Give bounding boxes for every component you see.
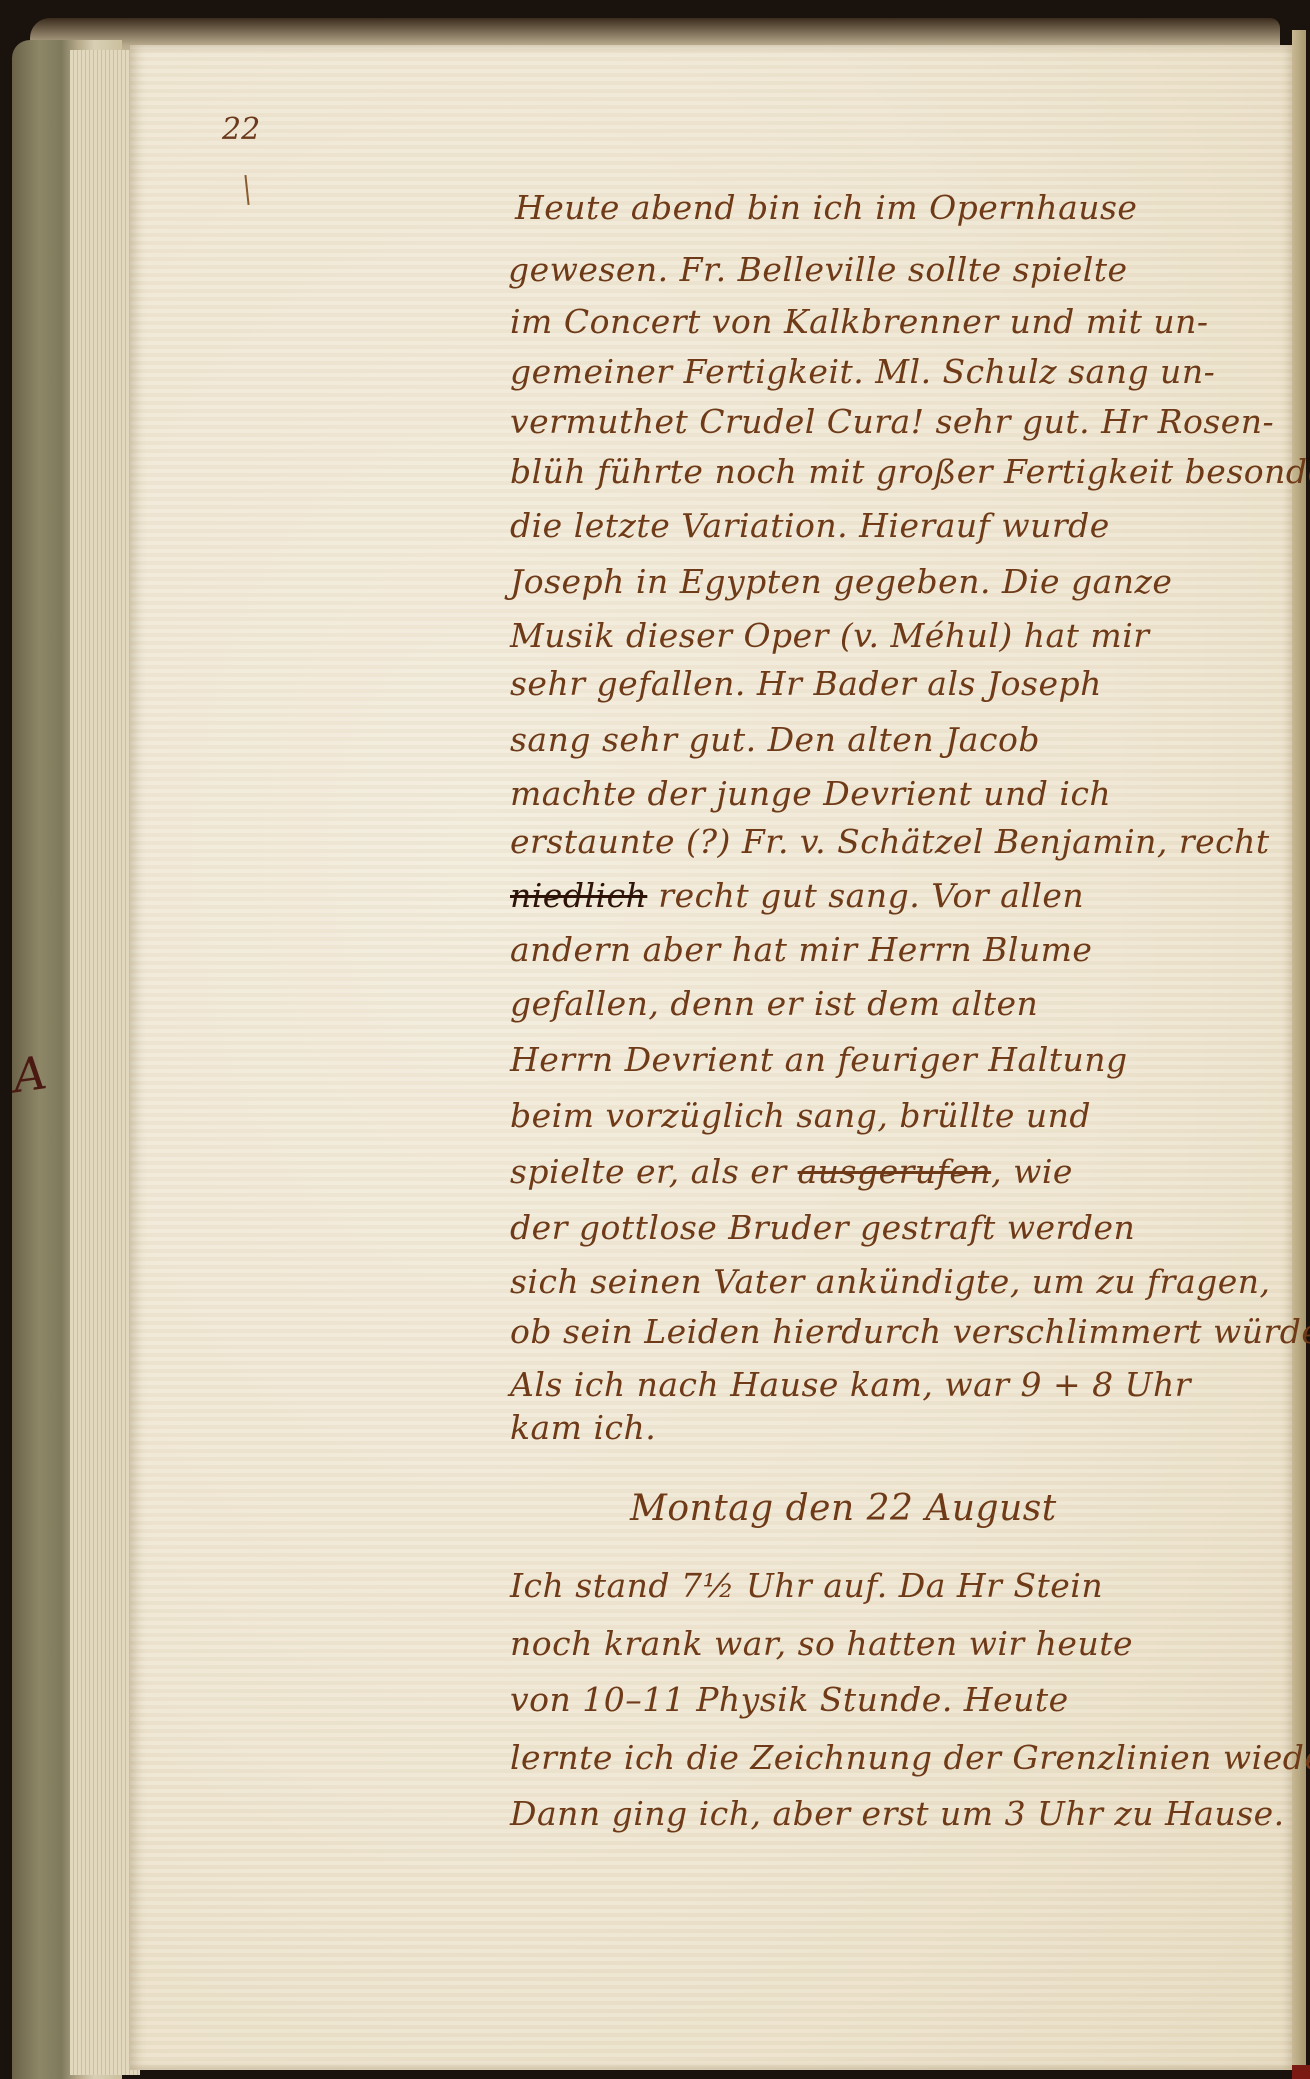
manuscript-line: andern aber hat mir Herrn Blume — [510, 930, 1092, 969]
manuscript-line: Herrn Devrient an feuriger Haltung — [510, 1040, 1128, 1079]
manuscript-line: im Concert von Kalkbrenner und mit un- — [510, 302, 1208, 341]
manuscript-line: ob sein Leiden hierdurch verschlimmert w… — [510, 1312, 1310, 1351]
manuscript-line: beim vorzüglich sang, brüllte und — [510, 1096, 1091, 1135]
struck-through-word: niedlich — [510, 876, 647, 915]
page-number: 22 — [222, 112, 260, 147]
struck-through-word: ausgerufen — [798, 1152, 992, 1191]
margin-mark: A — [10, 1047, 68, 1113]
manuscript-line: der gottlose Bruder gestraft werden — [510, 1208, 1135, 1247]
manuscript-line: machte der junge Devrient und ich — [510, 774, 1111, 813]
manuscript-line: von 10–11 Physik Stunde. Heute — [510, 1680, 1069, 1719]
manuscript-line: gemeiner Fertigkeit. Ml. Schulz sang un- — [510, 352, 1215, 391]
manuscript-line: erstaunte (?) Fr. v. Schätzel Benjamin, … — [510, 822, 1270, 861]
manuscript-line: niedlich recht gut sang. Vor allen — [510, 876, 1084, 915]
manuscript-line: die letzte Variation. Hierauf wurde — [510, 506, 1110, 545]
manuscript-line: sich seinen Vater ankündigte, um zu frag… — [510, 1262, 1271, 1301]
manuscript-line: lernte ich die Zeichnung der Grenzlinien… — [510, 1738, 1310, 1777]
manuscript-line: noch krank war, so hatten wir heute — [510, 1624, 1133, 1663]
manuscript-line: kam ich. — [510, 1408, 656, 1447]
manuscript-line: Joseph in Egypten gegeben. Die ganze — [510, 562, 1172, 601]
manuscript-line: Heute abend bin ich im Opernhause — [515, 188, 1137, 227]
manuscript-line: gewesen. Fr. Belleville sollte spielte — [508, 250, 1128, 289]
manuscript-line: blüh führte noch mit großer Fertigkeit b… — [510, 452, 1310, 491]
manuscript-line: sehr gefallen. Hr Bader als Joseph — [510, 664, 1102, 703]
manuscript-line: Als ich nach Hause kam, war 9 + 8 Uhr — [510, 1365, 1191, 1404]
manuscript-line: Dann ging ich, aber erst um 3 Uhr zu Hau… — [510, 1794, 1285, 1833]
manuscript-line: gefallen, denn er ist dem alten — [510, 984, 1038, 1023]
manuscript-line: spielte er, als er ausgerufen, wie — [510, 1152, 1073, 1191]
red-background-strip — [1292, 2065, 1310, 2079]
entry-date-heading: Montag den 22 August — [630, 1488, 1057, 1529]
manuscript-line: Musik dieser Oper (v. Méhul) hat mir — [510, 616, 1150, 655]
manuscript-line: sang sehr gut. Den alten Jacob — [510, 720, 1040, 759]
manuscript-line: Ich stand 7½ Uhr auf. Da Hr Stein — [510, 1566, 1103, 1605]
manuscript-line: vermuthet Crudel Cura! sehr gut. Hr Rose… — [510, 402, 1274, 441]
